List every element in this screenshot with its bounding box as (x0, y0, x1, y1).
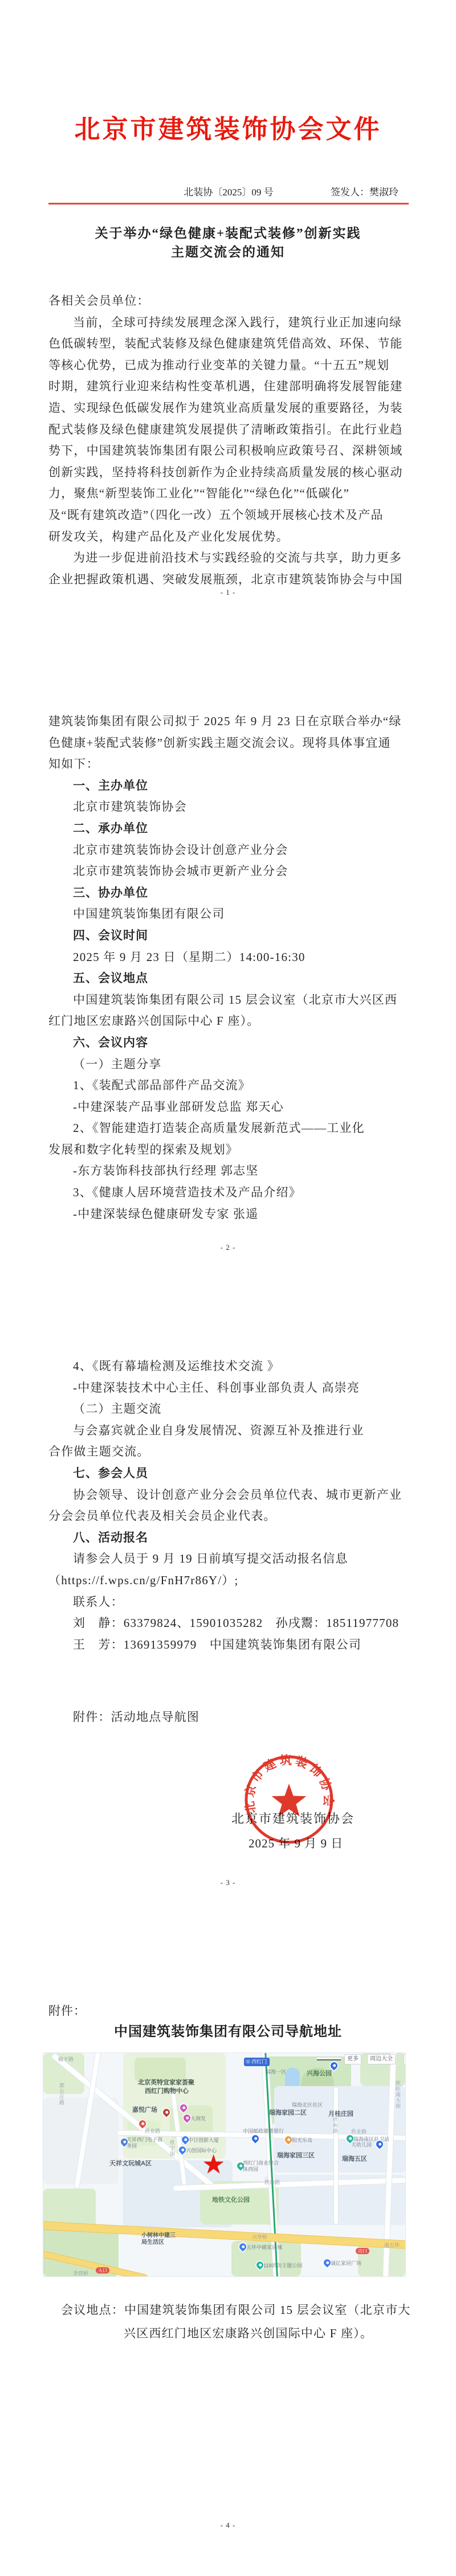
doc-text-line: 与会嘉宾就企业自身发展情况、资源互补及推进行业 (48, 1420, 416, 1442)
map-label-阳光乐岛: 阳光乐岛 (292, 2137, 312, 2144)
map-vlabel-欣宁街: 欣宁街 (169, 2140, 176, 2157)
doc-text-line: 1、《装配式部品部件产品交流》 (48, 1075, 416, 1097)
meeting-location-star: ★ (202, 2151, 225, 2177)
doc-text-line: 色低碳转型，装配式装修及绿色健康建筑凭借高效、环保、节能 (48, 333, 416, 355)
attachment-note: 附件：活动地点导航图 (73, 1708, 199, 1725)
doc-text-line: 各相关会员单位： (48, 291, 416, 312)
section-heading: 三、协办单位 (48, 882, 416, 904)
map-label-中国邮政储蓄银行: 中国邮政储蓄银行 (243, 2128, 284, 2135)
map-blabel-瑞海家园二区: 瑞海家园二区 (269, 2109, 307, 2117)
doc-text-line: 协会领导、设计创意产业分会会员单位代表、城市更新产业 (48, 1485, 416, 1506)
map-label-西红门商业综合体西园: 西红门商业综合体西园 (243, 2160, 280, 2173)
map-btn-5A景区[interactable]: 5A景区 (404, 2054, 406, 2064)
map-area (135, 2058, 186, 2082)
doc-text-line: （https://f.wps.cn/g/FnH7r86Y/）; (48, 1570, 416, 1592)
map-label-天祥西门电子商务园: 天祥西门电子商务园 (127, 2137, 163, 2149)
doc-title-line2: 主题交流会的通知 (0, 242, 456, 260)
attachment-label: 附件： (48, 2002, 86, 2019)
doc-text-line: 色健康+装配式装修”创新实践主题交流会议。现将具体事宜通 (48, 733, 416, 754)
doc-text-line: 联系人： (48, 1592, 416, 1613)
map-vlabel-欣旺南大街: 欣旺南大街 (394, 2080, 402, 2109)
map-parkb-地铁文化公园: 地铁文化公园 (212, 2197, 250, 2204)
doc-text-line: 王 芳：13691359979 中国建筑装饰集团有限公司 (48, 1634, 416, 1656)
doc-text-line: 配式装修及绿色健康建筑发展提供了清晰政策指引。在此行业趋 (48, 419, 416, 441)
doc-text-line: 中国建筑装饰集团有限公司 (48, 903, 416, 925)
map-blabel-西红门购物中心: 西红门购物中心 (145, 2088, 189, 2095)
map-btn-更多[interactable]: 更多 (344, 2054, 361, 2064)
doc-text-line: 势下，中国建筑装饰集团有限公司积极响应政策号召、深耕领域 (48, 440, 416, 462)
doc-text-line: 红门地区宏康路兴创国际中心 F 座）。 (48, 1011, 416, 1032)
page-number-1: - 1 - (0, 588, 456, 597)
doc-text-line: 造、实现绿色低碳发展作为建筑业高质量发展的重要路径，为装 (48, 398, 416, 419)
section-heading: 七、参会人员 (48, 1463, 416, 1485)
issuer-name: 签发人：樊淑玲 (331, 184, 398, 198)
map-rlabel-欣康路: 欣康路 (264, 2178, 280, 2186)
doc-text-line: 建筑装饰集团有限公司拟于 2025 年 9 月 23 日在京联合举办“绿 (48, 711, 416, 733)
page-number-3: - 3 - (0, 1878, 456, 1887)
map-rlabel-欣业路: 欣业路 (145, 2127, 160, 2135)
navigation-map-image: 西红门兴海公园更多周边大全5A景区北京英特宜家家荟聚西红门购物中心嘉悦广场大润发… (43, 2052, 406, 2277)
map-label-诚亿家居广场: 诚亿家居广场 (331, 2260, 361, 2267)
attachment-title: 中国建筑装饰集团有限公司导航地址 (0, 2020, 456, 2040)
map-label-大润发: 大润发 (190, 2116, 206, 2122)
doc-text-line: 及“既有建筑改造”（四化一改）五个领域开展核心技术及产品 (48, 505, 416, 526)
doc-text-line: 当前，全球可持续发展理念深入践行，建筑行业正加速向绿 (48, 312, 416, 334)
metro-station-badge: 西红门 (244, 2058, 270, 2066)
map-blabel-北京英特宜家家荟聚: 北京英特宜家家荟聚 (138, 2079, 194, 2087)
map-vlabel-欣和路: 欣和路 (332, 2117, 339, 2134)
official-document-page: 北京市建筑装饰协会文件 北装协〔2025〕09 号 签发人：樊淑玲 关于举办“绿… (0, 0, 456, 2576)
map-caption-line1: 会议地点：中国建筑装饰集团有限公司 15 层会议室（北京市大 (61, 2301, 411, 2319)
page-number-2: - 2 - (0, 1243, 456, 1252)
doc-text-line: 2025 年 9 月 23 日（星期二）14:00-16:30 (48, 947, 416, 968)
red-divider-rule (48, 203, 409, 205)
doc-text-line: 分会会员单位代表及相关会员企业代表。 (48, 1506, 416, 1527)
doc-text-line: 创新实践，坚持将科技创新作为企业持续高质量发展的核心驱动 (48, 462, 416, 484)
map-label-瑞海一区: 瑞海一区 (266, 2069, 286, 2075)
map-rlabel-欣业路: 欣业路 (351, 2128, 367, 2135)
map-label-中日创新大厦: 中日创新大厦 (188, 2137, 219, 2144)
section-heading: 四、会议时间 (48, 925, 416, 947)
doc-text-line: 等核心优势，已成为推动行业变革的关键力量。“十五五”规划 (48, 355, 416, 377)
map-caption-line2: 兴区西红门地区宏康路兴创国际中心 F 座）。 (124, 2325, 373, 2342)
map-parkb-兴海公园: 兴海公园 (307, 2070, 332, 2078)
doc-text-line: 刘 静：63379824、15901035282 孙戌鬻：18511977708 (48, 1613, 416, 1634)
map-rlabel-榆平路: 榆平路 (58, 2055, 74, 2063)
doc-text-line: 知如下： (48, 754, 416, 775)
doc-text-line: -东方装饰科技部执行经理 郭志坚 (48, 1160, 416, 1182)
doc-text-line: 4、《既有幕墙检测及运维技术交流 》 (48, 1356, 416, 1377)
red-letterhead-title: 北京市建筑装饰协会文件 (0, 115, 456, 144)
page3-body: 4、《既有幕墙检测及运维技术交流 》-中建深装技术中心主任、科创事业部负责人 高… (48, 1356, 416, 1655)
doc-text-line: 发展和数字化转型的探索及规划》 (48, 1139, 416, 1161)
map-vlabel-郭公庄路: 郭公庄路 (58, 2083, 66, 2105)
map-rpill-入口: 入口 (96, 2267, 109, 2274)
map-blabel-天祥文玩城A区: 天祥文玩城A区 (109, 2160, 152, 2168)
map-label-瑞海北区社区: 瑞海北区社区 (292, 2102, 323, 2108)
map-btn-周边大全[interactable]: 周边大全 (367, 2054, 396, 2064)
section-heading: 一、主办单位 (48, 775, 416, 797)
map-road (334, 2087, 338, 2224)
map-area (274, 2086, 405, 2173)
stamp-star-icon (272, 1784, 307, 1817)
map-bar (317, 2058, 341, 2060)
official-seal-stamp: 北京市建筑装饰协会 (243, 1754, 335, 1845)
map-blabel-小树林中建三局生活区: 小树林中建三局生活区 (141, 2232, 179, 2246)
map-blabel-嘉悦广场: 嘉悦广场 (132, 2107, 157, 2114)
doc-text-line: 北京市建筑装饰协会 (48, 796, 416, 818)
doc-text-line: 2、《智能建造打造装企高质量发展新范式——工业化 (48, 1118, 416, 1139)
map-rpill-出口: 出口 (356, 2248, 369, 2254)
doc-text-line: （二）主题交流 (48, 1399, 416, 1420)
map-label-五环中磁家居城: 五环中磁家居城 (246, 2244, 282, 2251)
map-rlabel-南五环: 南五环 (384, 2241, 400, 2248)
page2-body: 建筑装饰集团有限公司拟于 2025 年 9 月 23 日在京联合举办“绿色健康+… (48, 711, 416, 1225)
map-label-119消防主题公园: 119消防主题公园 (263, 2263, 302, 2269)
section-heading: 六、会议内容 (48, 1032, 416, 1054)
doc-text-line: 力，聚焦“新型装饰工业化”“智能化”“绿色化”“低碳化” (48, 483, 416, 505)
doc-title-line1: 关于举办“绿色健康+装配式装修”创新实践 (0, 223, 456, 242)
map-blabel-瑞海家园三区: 瑞海家园三区 (277, 2152, 315, 2160)
section-heading: 五、会议地点 (48, 968, 416, 989)
doc-text-line: （一）主题分享 (48, 1054, 416, 1076)
doc-text-line: 合作做主题交流。 (48, 1441, 416, 1463)
map-label-天幼儿园: 天幼儿园 (351, 2142, 372, 2148)
map-blabel-瑞海五区: 瑞海五区 (342, 2156, 367, 2163)
doc-text-line: 中国建筑装饰集团有限公司 15 层会议室（北京市大兴区西 (48, 989, 416, 1011)
map-rlabel-兴华桥: 兴华桥 (252, 2233, 267, 2240)
doc-text-line: 北京市建筑装饰协会城市更新产业分会 (48, 861, 416, 882)
doc-text-line: -中建深装技术中心主任、科创事业部负责人 高崇亮 (48, 1377, 416, 1399)
doc-meta-row: 北装协〔2025〕09 号 签发人：樊淑玲 (48, 184, 409, 198)
section-heading: 八、活动报名 (48, 1527, 416, 1549)
doc-text-line: 企业把握政策机遇、突破发展瓶颈，北京市建筑装饰协会与中国 (48, 569, 416, 591)
doc-text-line: -中建深装绿色健康研发专家 张遥 (48, 1204, 416, 1225)
doc-text-line: 时期，建筑行业迎来结构性变革机遇，住建部明确将发展智能建 (48, 376, 416, 398)
doc-text-line: 请参会人员于 9 月 19 日前填写提交活动报名信息 (48, 1548, 416, 1570)
doc-text-line: 为进一步促进前沿技术与实践经验的交流与共享，助力更多 (48, 547, 416, 569)
section-heading: 二、承办单位 (48, 818, 416, 840)
map-rlabel-李营桥: 李营桥 (73, 2270, 88, 2277)
page-number-4: - 4 - (0, 2521, 456, 2530)
doc-text-line: 研发攻关，构建产品化及产业化发展优势。 (48, 526, 416, 548)
doc-text-line: 北京市建筑装饰协会设计创意产业分会 (48, 840, 416, 861)
doc-text-line: -中建深装产品事业部研发总监 郑天心 (48, 1097, 416, 1118)
doc-text-line: 3、《健康人居环境营造技术及产品介绍》 (48, 1182, 416, 1204)
page1-body: 各相关会员单位：当前，全球可持续发展理念深入践行，建筑行业正加速向绿色低碳转型，… (48, 291, 416, 590)
